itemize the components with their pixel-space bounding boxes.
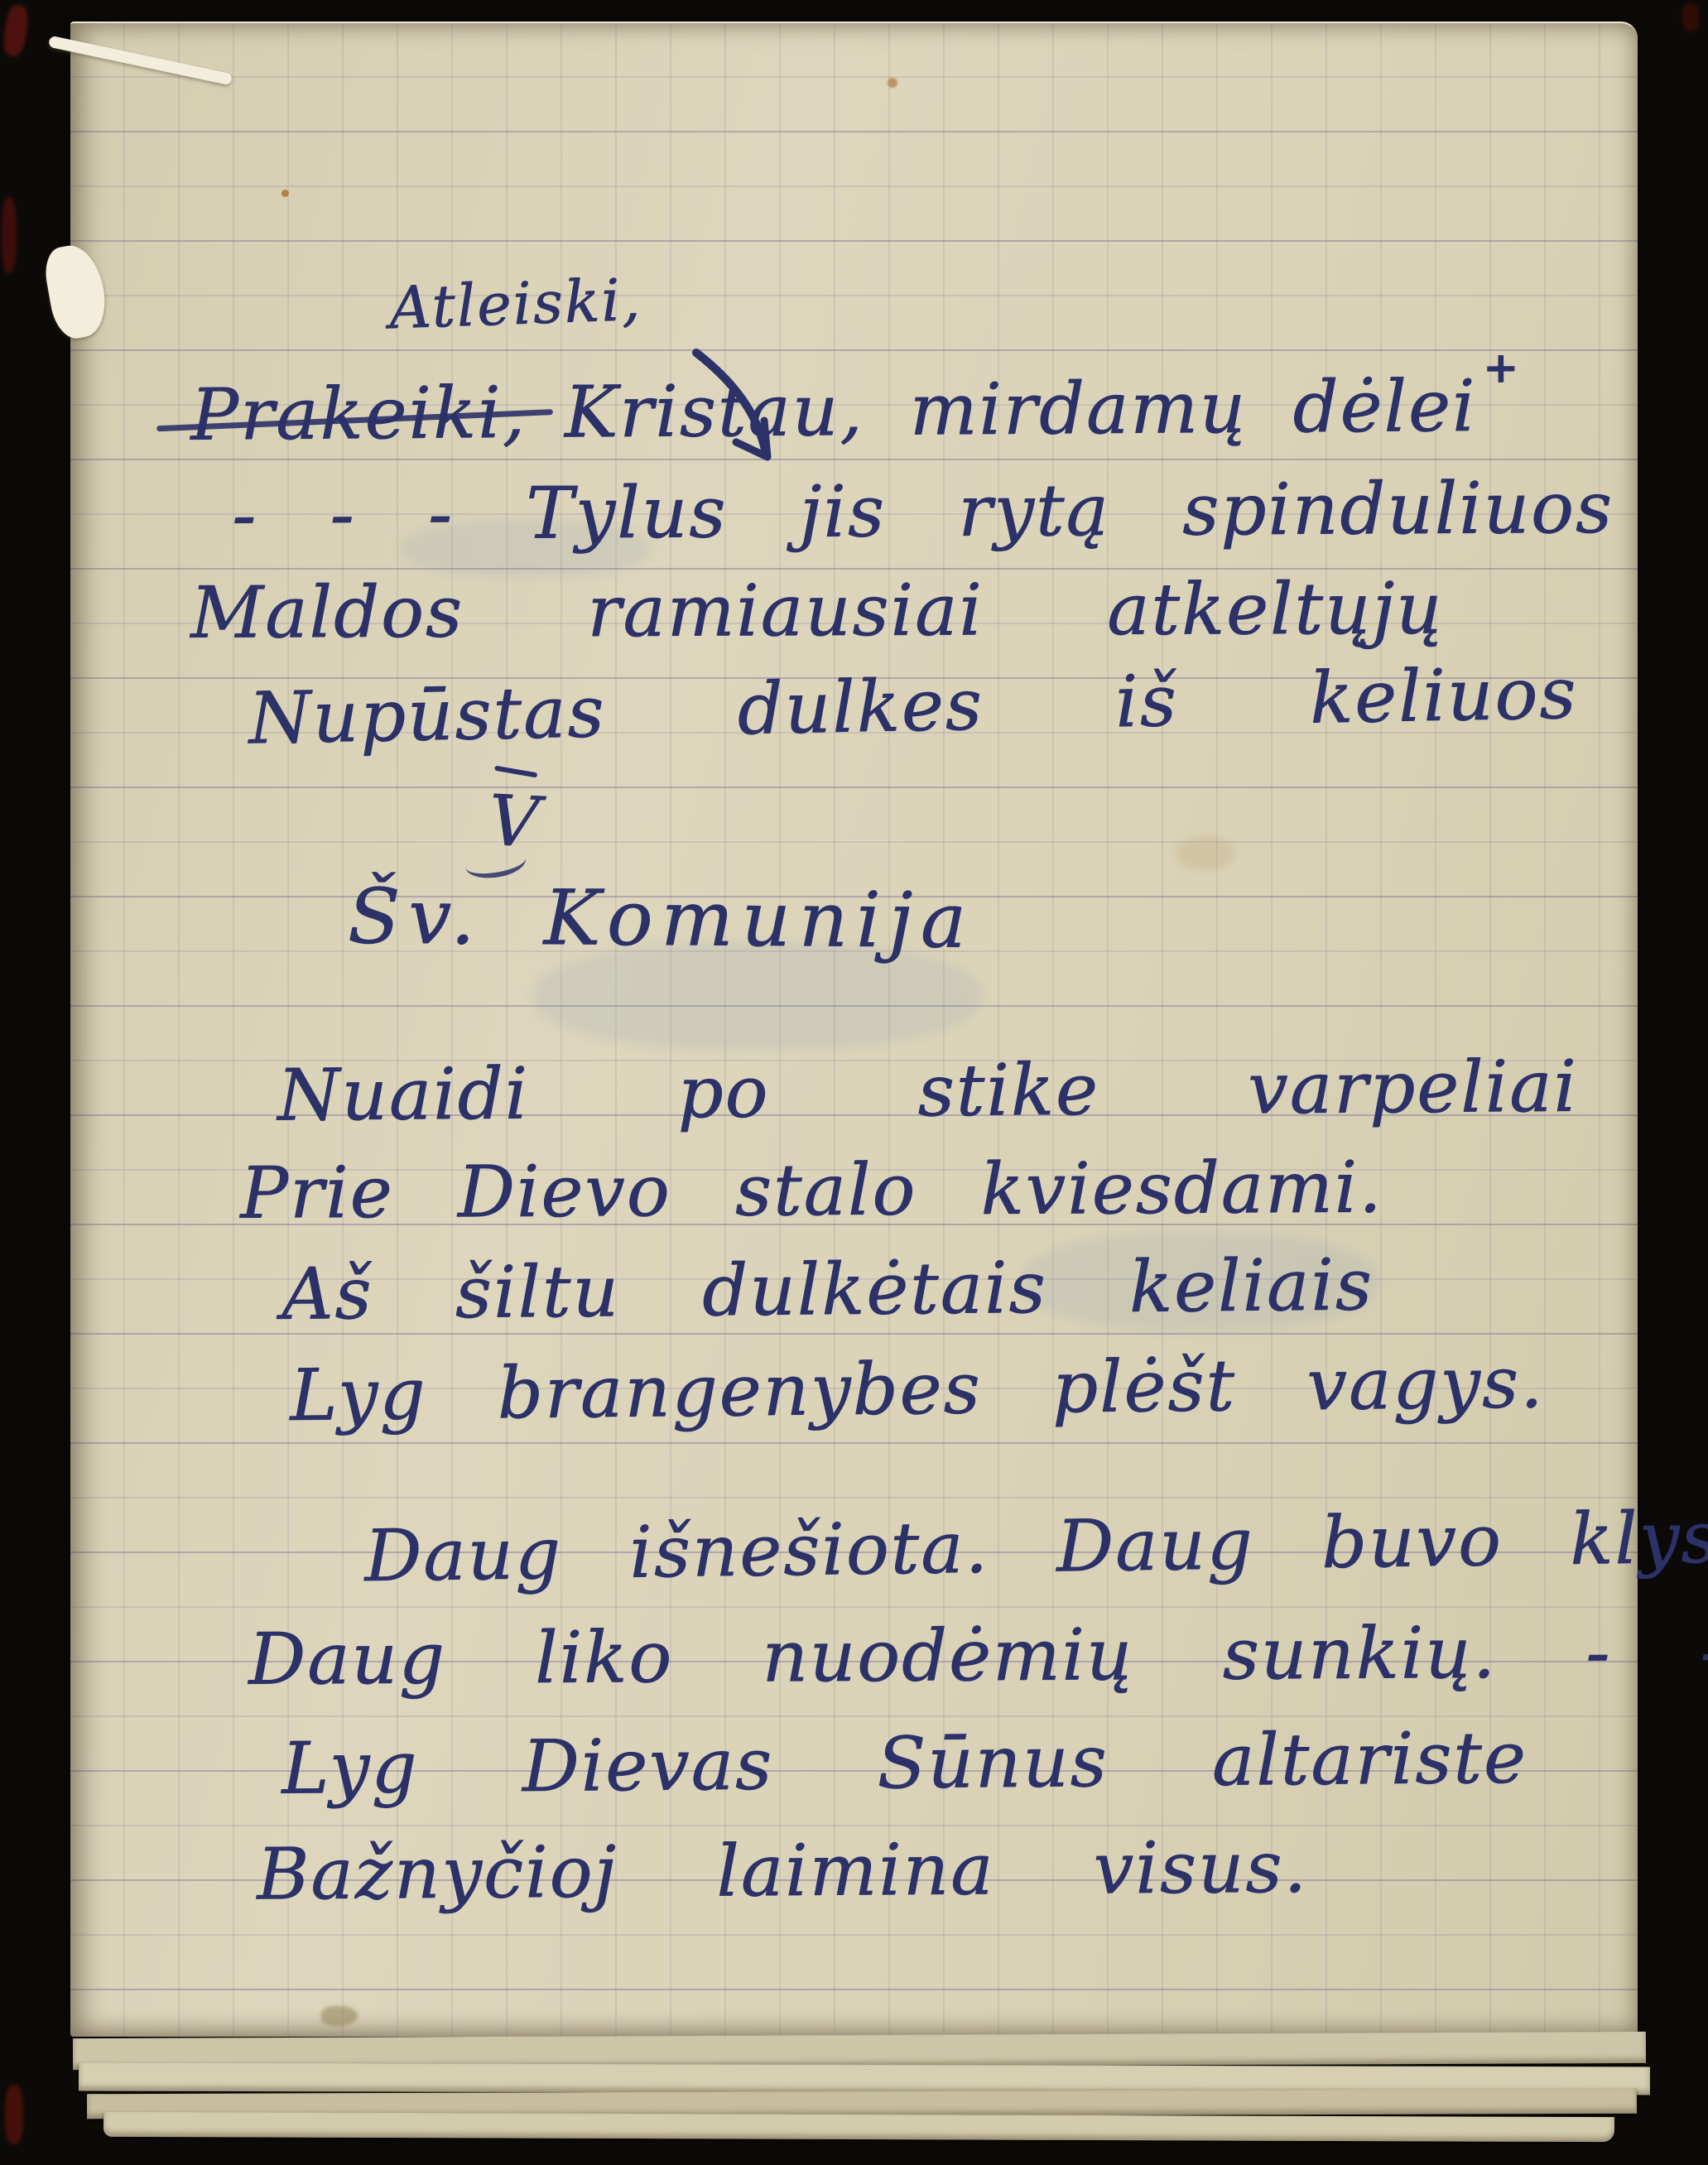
- stain-faint-tan: [1176, 836, 1235, 871]
- cross-mark: +: [1483, 343, 1521, 392]
- notebook-page: Atleiski, Prakeiki,Kristau, mirdamų dėle…: [70, 22, 1638, 2037]
- page-stack-edge-4: [103, 2112, 1614, 2142]
- page-tear-top-left: [48, 36, 233, 85]
- poem-line-5: Nuaidi po stike varpeliai: [277, 1046, 1578, 1138]
- film-artifact-top-right: [1682, 3, 1699, 31]
- stain-blotch: [321, 2006, 358, 2026]
- poem-line-6: Prie Dievo stalo kviesdami.: [240, 1146, 1383, 1234]
- poem-line-8: Lyg brangenybes plėšt vagys.: [290, 1341, 1545, 1437]
- section-numeral: V: [486, 779, 542, 863]
- poem-line-4: Nupūstas dulkes iš keliuos: [248, 652, 1578, 761]
- poem-line-11: Lyg Dievas Sūnus altariste: [281, 1716, 1528, 1810]
- film-artifact-bottom-left: [5, 2085, 23, 2144]
- poem-heading: Šv. Komunija: [348, 872, 974, 965]
- film-artifact-left-mid: [2, 197, 17, 273]
- numeral-overline: [494, 766, 537, 778]
- stain-dot-2: [888, 78, 897, 88]
- poem-line-9: Daug išnešiota. Daug buvo klysta: [363, 1495, 1708, 1598]
- poem-line-10: Daug liko nuodėmių sunkių. - -: [248, 1610, 1708, 1701]
- poem-line-1: Prakeiki,Kristau, mirdamų dėlei+: [190, 364, 1514, 456]
- poem-line-2: - - - Tylus jis rytą spinduliuos: [232, 467, 1614, 557]
- crossed-out-word: Prakeiki,: [190, 372, 527, 457]
- poem-line-12: Bažnyčioj laimina visus.: [257, 1826, 1308, 1917]
- film-artifact-top-left: [2, 3, 30, 57]
- poem-line-7: Aš šiltu dulkėtais keliais: [281, 1244, 1374, 1336]
- poem-line-3: Maldos ramiausiai atkeltųjų: [190, 567, 1444, 654]
- stain-dot-1: [281, 190, 289, 197]
- poem-line-1-rest: Kristau, mirdamų dėlei: [564, 365, 1476, 455]
- insertion-word: Atleiski,: [388, 266, 642, 343]
- photo-frame: Atleiski, Prakeiki,Kristau, mirdamų dėle…: [0, 0, 1708, 2165]
- page-tear-left-notch: [41, 241, 111, 342]
